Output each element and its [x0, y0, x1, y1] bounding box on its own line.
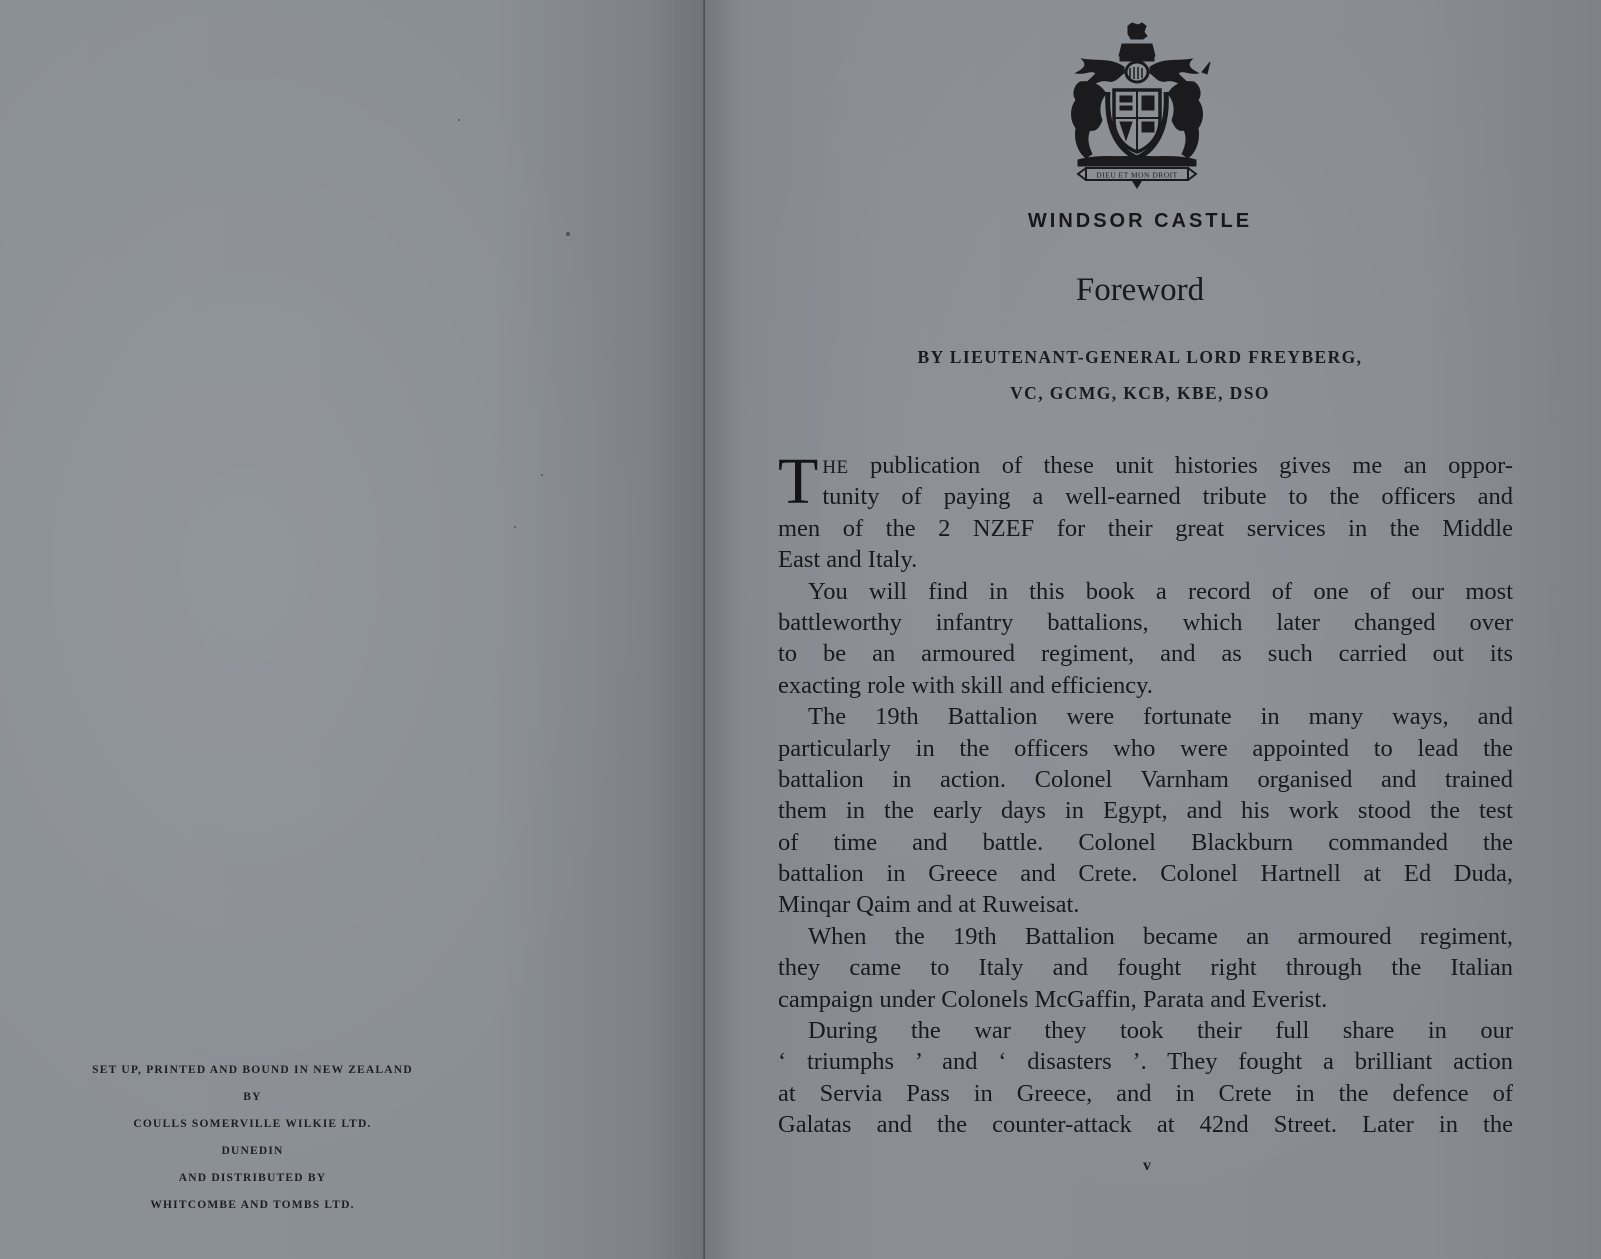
page-title: Foreword [940, 272, 1340, 309]
text-line: ‘ triumphs ’ and ‘ disasters ’. They fou… [778, 1046, 1513, 1077]
author-byline: BY LIEUTENANT-GENERAL LORD FREYBERG, [880, 347, 1400, 368]
text-line: them in the early days in Egypt, and his… [778, 795, 1513, 826]
page-number: v [1143, 1157, 1151, 1175]
text-line: battleworthy infantry battalions, which … [778, 607, 1513, 638]
masthead: WINDSOR CASTLE [960, 210, 1320, 233]
author-honours: VC, GCMG, KCB, KBE, DSO [880, 383, 1400, 404]
text-line: During the war they took their full shar… [778, 1015, 1513, 1046]
text-line: tunity of paying a well-earned tribute t… [778, 481, 1513, 512]
royal-coat-of-arms-icon: DIEU ET MON DROIT [1062, 22, 1212, 192]
paragraph: T HE publication of these unit histories… [778, 450, 1513, 576]
imprint-line: BY [60, 1084, 445, 1111]
text-line: The 19th Battalion were fortunate in man… [778, 701, 1513, 732]
paragraph: You will find in this book a record of o… [778, 576, 1513, 702]
book-spread: SET UP, PRINTED AND BOUND IN NEW ZEALAND… [0, 0, 1601, 1259]
foreword-body: T HE publication of these unit histories… [778, 450, 1513, 1141]
text-line: Minqar Qaim and at Ruweisat. [778, 889, 1513, 920]
text-line: exacting role with skill and efficiency. [778, 670, 1513, 701]
paper-speck [514, 526, 516, 528]
text-line: East and Italy. [778, 544, 1513, 575]
text-line: of time and battle. Colonel Blackburn co… [778, 827, 1513, 858]
text-line: battalion in action. Colonel Varnham org… [778, 764, 1513, 795]
paper-speck [458, 119, 460, 121]
text-line: When the 19th Battalion became an armour… [778, 921, 1513, 952]
imprint-line: SET UP, PRINTED AND BOUND IN NEW ZEALAND [60, 1057, 445, 1084]
text-line: HE publication of these unit histories g… [778, 450, 1513, 481]
crest-motto: DIEU ET MON DROIT [1096, 171, 1177, 180]
imprint-line: AND DISTRIBUTED BY [60, 1165, 445, 1192]
paragraph: The 19th Battalion were fortunate in man… [778, 701, 1513, 921]
text-line: particularly in the officers who were ap… [778, 733, 1513, 764]
drop-cap: T [778, 456, 818, 512]
text-line: to be an armoured regiment, and as such … [778, 638, 1513, 669]
text-line: battalion in Greece and Crete. Colonel H… [778, 858, 1513, 889]
imprint-line: DUNEDIN [60, 1138, 445, 1165]
text-line: campaign under Colonels McGaffin, Parata… [778, 984, 1513, 1015]
printer-imprint: SET UP, PRINTED AND BOUND IN NEW ZEALAND… [60, 1057, 445, 1219]
paragraph: During the war they took their full shar… [778, 1015, 1513, 1141]
imprint-line: WHITCOMBE AND TOMBS LTD. [60, 1192, 445, 1219]
imprint-line: COULLS SOMERVILLE WILKIE LTD. [60, 1111, 445, 1138]
text-line: You will find in this book a record of o… [778, 576, 1513, 607]
text-line: they came to Italy and fought right thro… [778, 952, 1513, 983]
paragraph: When the 19th Battalion became an armour… [778, 921, 1513, 1015]
paper-speck [541, 474, 543, 476]
small-caps-word: HE [822, 457, 848, 478]
left-page: SET UP, PRINTED AND BOUND IN NEW ZEALAND… [0, 0, 705, 1259]
paper-speck [566, 232, 570, 236]
text-line: Galatas and the counter-attack at 42nd S… [778, 1109, 1513, 1140]
text-line: at Servia Pass in Greece, and in Crete i… [778, 1078, 1513, 1109]
text-line: men of the 2 NZEF for their great servic… [778, 513, 1513, 544]
